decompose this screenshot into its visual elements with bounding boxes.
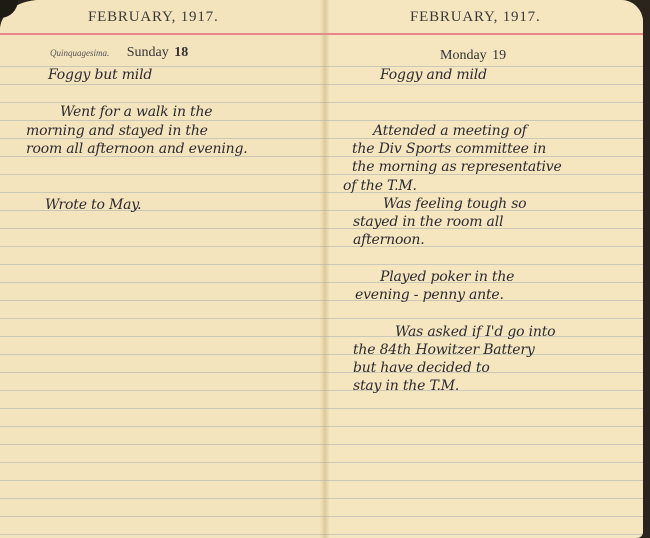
red-margin-rule [0,33,325,35]
book-gutter [320,0,330,538]
day-number: 19 [492,48,506,63]
handwritten-line: Went for a walk in the [60,103,212,121]
handwritten-line: Wrote to May. [45,196,141,214]
handwritten-line: the 84th Howitzer Battery [353,341,535,359]
handwritten-line: the morning as representative [352,158,562,176]
handwritten-line: afternoon. [353,231,424,249]
handwritten-line: Was asked if I'd go into [395,323,555,341]
right-page: FEBRUARY, 1917. Monday 19 Foggy and mild… [325,0,643,538]
red-margin-rule [325,33,643,35]
page-header-month: FEBRUARY, 1917. [88,9,219,26]
handwritten-line: stayed in the room all [353,213,503,231]
feast-label: Quinquagesima. [50,48,109,58]
handwritten-line: Foggy but mild [48,66,152,84]
handwritten-line: evening - penny ante. [355,286,504,304]
day-name: Monday [440,48,487,63]
day-number: 18 [174,45,188,60]
handwritten-line: Foggy and mild [380,66,487,84]
handwritten-line: but have decided to [353,359,490,377]
diary-spread: FEBRUARY, 1917. Quinquagesima. Sunday 18… [0,0,650,538]
bleed-through-text [40,66,44,84]
handwritten-line: stay in the T.M. [353,377,459,395]
handwritten-line: morning and stayed in the [26,122,208,140]
page-header-month: FEBRUARY, 1917. [410,9,541,26]
day-name: Sunday [127,45,169,60]
left-page: FEBRUARY, 1917. Quinquagesima. Sunday 18… [0,0,325,538]
handwritten-line: Attended a meeting of [373,122,527,140]
handwritten-line: room all afternoon and evening. [26,140,247,158]
handwritten-line: the Div Sports committee in [352,140,546,158]
handwritten-line: of the T.M. [343,177,417,195]
handwritten-line: Was feeling tough so [383,195,526,213]
day-heading: Monday 19 [440,48,506,64]
day-heading: Quinquagesima. Sunday 18 [50,45,188,61]
handwritten-line: Played poker in the [380,268,514,286]
